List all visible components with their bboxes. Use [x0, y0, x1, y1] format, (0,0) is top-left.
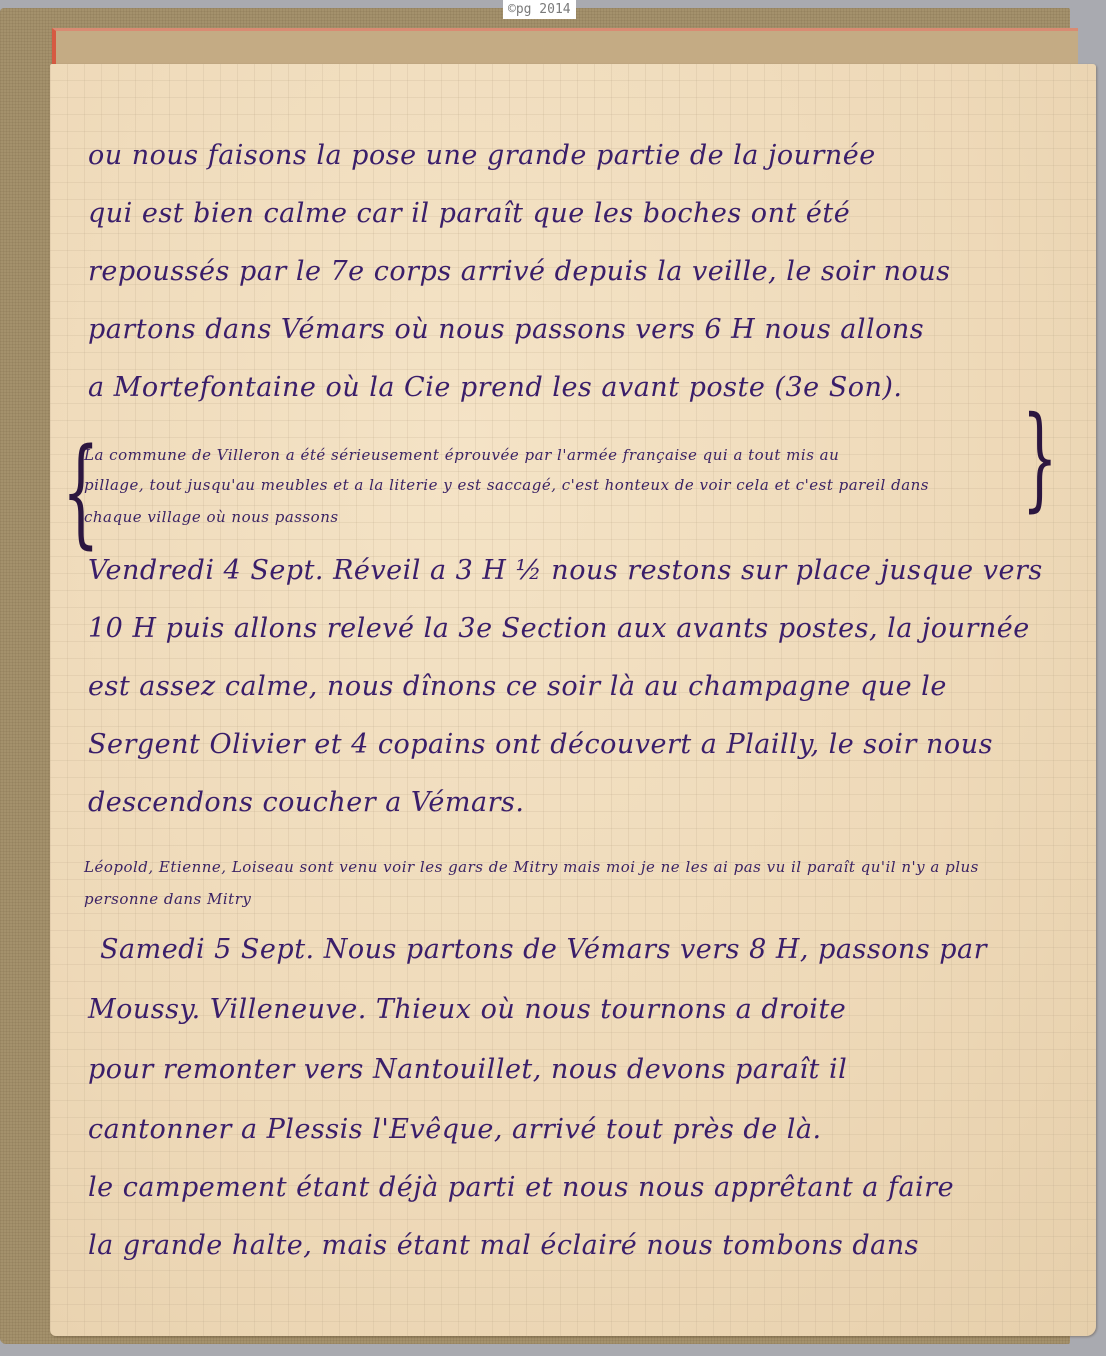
- right-brace: }: [1022, 402, 1058, 514]
- note-line: pillage, tout jusqu'au meubles et a la l…: [84, 476, 929, 494]
- handwritten-line: 10 H puis allons relevé la 3e Section au…: [88, 613, 1030, 644]
- handwritten-line: Vendredi 4 Sept. Réveil a 3 H ½ nous res…: [88, 555, 1043, 586]
- handwritten-line: qui est bien calme car il paraît que les…: [88, 198, 850, 229]
- note-line: personne dans Mitry: [84, 890, 251, 908]
- handwritten-line: partons dans Vémars où nous passons vers…: [88, 314, 924, 345]
- handwritten-line: pour remonter vers Nantouillet, nous dev…: [88, 1054, 847, 1085]
- handwritten-line: Samedi 5 Sept. Nous partons de Vémars ve…: [100, 934, 987, 965]
- handwritten-line: descendons coucher a Vémars.: [88, 787, 524, 818]
- handwritten-line: cantonner a Plessis l'Evêque, arrivé tou…: [88, 1114, 822, 1145]
- copyright-watermark: ©pg 2014: [503, 0, 576, 19]
- handwritten-line: Sergent Olivier et 4 copains ont découve…: [88, 729, 993, 760]
- handwritten-line: est assez calme, nous dînons ce soir là …: [88, 671, 947, 702]
- handwritten-line: Moussy. Villeneuve. Thieux où nous tourn…: [88, 994, 846, 1025]
- note-line: Léopold, Etienne, Loiseau sont venu voir…: [84, 858, 979, 876]
- handwritten-line: a Mortefontaine où la Cie prend les avan…: [88, 372, 902, 403]
- handwritten-line: la grande halte, mais étant mal éclairé …: [88, 1230, 919, 1261]
- note-line: chaque village où nous passons: [84, 508, 339, 526]
- note-line: La commune de Villeron a été sérieusemen…: [84, 446, 839, 464]
- handwritten-line: repoussés par le 7e corps arrivé depuis …: [88, 256, 951, 287]
- handwritten-line: le campement étant déjà parti et nous no…: [88, 1172, 954, 1203]
- handwritten-line: ou nous faisons la pose une grande parti…: [88, 140, 876, 171]
